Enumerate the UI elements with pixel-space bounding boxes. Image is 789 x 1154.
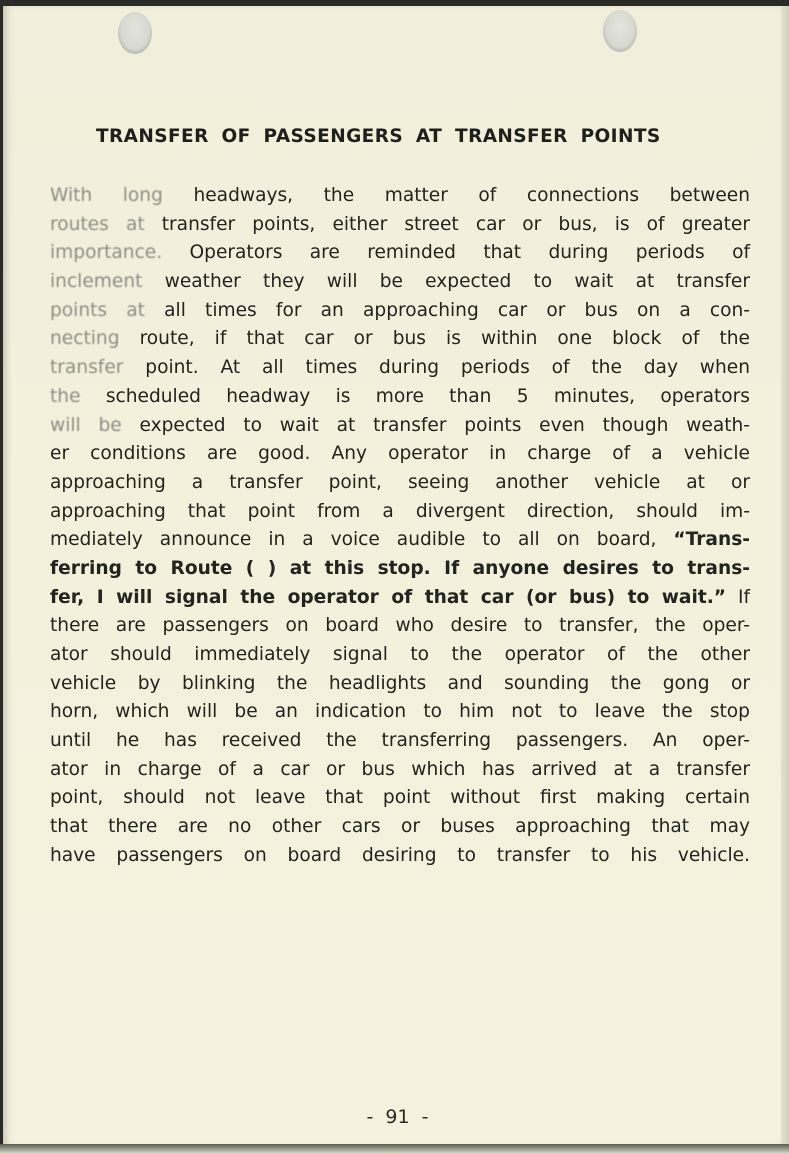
line-text: ator in charge of a car or bus which has… <box>50 759 750 780</box>
line-text: mediately announce in a voice audible to… <box>50 529 673 550</box>
punch-hole-left <box>118 12 152 54</box>
bold-quote-text: ferring to Route ( ) at this stop. If an… <box>50 558 750 579</box>
text-line: routes at transfer points, either street… <box>50 211 750 240</box>
faded-text: importance. <box>50 242 162 263</box>
line-text: point. At all times during periods of th… <box>123 357 750 378</box>
line-text: expected to wait at transfer points even… <box>122 415 750 436</box>
line-text: horn, which will be an indication to him… <box>50 701 750 722</box>
text-line: until he has received the transferring p… <box>50 727 750 756</box>
bold-quote-text: “Trans- <box>673 529 750 550</box>
page-number: - 91 - <box>3 1106 789 1128</box>
page-right-edge <box>781 6 789 1146</box>
line-text: all times for an approaching car or bus … <box>145 300 750 321</box>
faded-text: will be <box>50 415 122 436</box>
line-text: point, should not leave that point witho… <box>50 787 750 808</box>
punch-hole-right <box>603 10 637 52</box>
page-bottom-edge <box>0 1144 789 1154</box>
bold-quote-text: fer, I will signal the operator of that … <box>50 587 726 608</box>
faded-text: points at <box>50 300 145 321</box>
section-title: TRANSFER OF PASSENGERS AT TRANSFER POINT… <box>96 126 696 147</box>
line-text: ator should immediately signal to the op… <box>50 644 750 665</box>
text-line: horn, which will be an indication to him… <box>50 698 750 727</box>
line-text: route, if that car or bus is within one … <box>120 328 751 349</box>
faded-text: necting <box>50 328 120 349</box>
scanned-page: TRANSFER OF PASSENGERS AT TRANSFER POINT… <box>0 0 789 1154</box>
line-text: Operators are reminded that during perio… <box>162 242 750 263</box>
text-line: vehicle by blinking the headlights and s… <box>50 670 750 699</box>
line-text: have passengers on board desiring to tra… <box>50 845 750 866</box>
text-line: approaching a transfer point, seeing ano… <box>50 469 750 498</box>
faded-text: transfer <box>50 357 123 378</box>
line-text: there are passengers on board who desire… <box>50 615 750 636</box>
text-line: the scheduled headway is more than 5 min… <box>50 383 750 412</box>
text-line: there are passengers on board who desire… <box>50 612 750 641</box>
faded-text: the <box>50 386 81 407</box>
text-line: inclement weather they will be expected … <box>50 268 750 297</box>
line-text: until he has received the transferring p… <box>50 730 750 751</box>
text-line: With long headways, the matter of connec… <box>50 182 750 211</box>
text-line: er conditions are good. Any operator in … <box>50 440 750 469</box>
text-line: approaching that point from a divergent … <box>50 498 750 527</box>
text-line: mediately announce in a voice audible to… <box>50 526 750 555</box>
line-text: weather they will be expected to wait at… <box>142 271 750 292</box>
line-text: that there are no other cars or buses ap… <box>50 816 750 837</box>
line-text: vehicle by blinking the headlights and s… <box>50 673 750 694</box>
text-line: ferring to Route ( ) at this stop. If an… <box>50 555 750 584</box>
text-line: ator in charge of a car or bus which has… <box>50 756 750 785</box>
text-line: point, should not leave that point witho… <box>50 784 750 813</box>
line-text: approaching a transfer point, seeing ano… <box>50 472 750 493</box>
text-line: necting route, if that car or bus is wit… <box>50 325 750 354</box>
faded-text: routes at <box>50 214 145 235</box>
faded-text: inclement <box>50 271 142 292</box>
text-line: ator should immediately signal to the op… <box>50 641 750 670</box>
line-tail-text: If <box>726 587 750 608</box>
text-line: transfer point. At all times during peri… <box>50 354 750 383</box>
text-line: will be expected to wait at transfer poi… <box>50 412 750 441</box>
text-line: points at all times for an approaching c… <box>50 297 750 326</box>
text-line: importance. Operators are reminded that … <box>50 239 750 268</box>
body-paragraph: With long headways, the matter of connec… <box>50 182 750 871</box>
faded-text: With long <box>50 185 163 206</box>
line-text: er conditions are good. Any operator in … <box>50 443 750 464</box>
line-text: headways, the matter of connections betw… <box>163 185 750 206</box>
line-text: transfer points, either street car or bu… <box>145 214 750 235</box>
text-line: have passengers on board desiring to tra… <box>50 842 750 871</box>
line-text: scheduled headway is more than 5 minutes… <box>81 386 750 407</box>
text-line: that there are no other cars or buses ap… <box>50 813 750 842</box>
text-line: fer, I will signal the operator of that … <box>50 584 750 613</box>
line-text: approaching that point from a divergent … <box>50 501 750 522</box>
page-sheet: TRANSFER OF PASSENGERS AT TRANSFER POINT… <box>3 6 783 1146</box>
